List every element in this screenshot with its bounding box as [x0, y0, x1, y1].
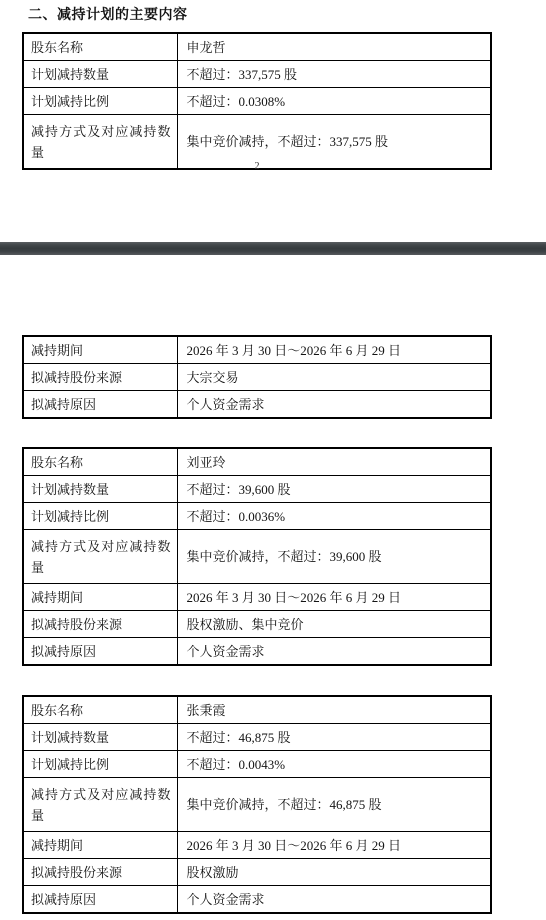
row-label: 拟减持股份来源: [23, 364, 177, 391]
row-label: 股东名称: [23, 448, 177, 476]
row-label: 股东名称: [23, 33, 177, 61]
reduction-plan-table-shen-continued: 减持期间2026 年 3 月 30 日～2026 年 6 月 29 日拟减持股份…: [22, 335, 492, 419]
row-label: 减持期间: [23, 584, 177, 611]
row-label: 拟减持股份来源: [23, 611, 177, 638]
row-label: 拟减持原因: [23, 886, 177, 914]
row-value: 股权激励: [177, 859, 491, 886]
section-heading: 二、减持计划的主要内容: [28, 4, 188, 24]
table-row: 股东名称申龙哲: [23, 33, 491, 61]
row-value: 刘亚玲: [177, 448, 491, 476]
row-value: 不超过：39,600 股: [177, 476, 491, 503]
row-value: 不超过：46,875 股: [177, 724, 491, 751]
table-row: 计划减持数量不超过：337,575 股: [23, 61, 491, 88]
table-row: 拟减持原因个人资金需求: [23, 638, 491, 666]
table-row: 拟减持股份来源股权激励、集中竞价: [23, 611, 491, 638]
row-label: 股东名称: [23, 696, 177, 724]
row-value: 个人资金需求: [177, 391, 491, 419]
table-row: 股东名称刘亚玲: [23, 448, 491, 476]
page-separator-bar: [0, 242, 546, 255]
pdf-document-view: 二、减持计划的主要内容 股东名称申龙哲计划减持数量不超过：337,575 股计划…: [0, 0, 546, 920]
row-label: 减持期间: [23, 832, 177, 859]
row-label: 拟减持原因: [23, 638, 177, 666]
row-label: 计划减持比例: [23, 88, 177, 115]
row-value: 2026 年 3 月 30 日～2026 年 6 月 29 日: [177, 584, 491, 611]
table-row: 减持方式及对应减持数量集中竞价减持，不超过：39,600 股: [23, 530, 491, 584]
table-row: 拟减持原因个人资金需求: [23, 886, 491, 914]
row-label: 计划减持数量: [23, 61, 177, 88]
row-value: 申龙哲: [177, 33, 491, 61]
row-label: 拟减持股份来源: [23, 859, 177, 886]
row-value: 不超过：337,575 股: [177, 61, 491, 88]
table-row: 计划减持比例不超过：0.0036%: [23, 503, 491, 530]
row-value: 2026 年 3 月 30 日～2026 年 6 月 29 日: [177, 832, 491, 859]
row-value: 大宗交易: [177, 364, 491, 391]
reduction-plan-table-zhang: 股东名称张秉霞计划减持数量不超过：46,875 股计划减持比例不超过：0.004…: [22, 695, 492, 914]
row-value: 不超过：0.0308%: [177, 88, 491, 115]
table-row: 拟减持原因个人资金需求: [23, 391, 491, 419]
table-row: 股东名称张秉霞: [23, 696, 491, 724]
table-row: 计划减持比例不超过：0.0308%: [23, 88, 491, 115]
table-row: 减持期间2026 年 3 月 30 日～2026 年 6 月 29 日: [23, 832, 491, 859]
row-value: 不超过：0.0043%: [177, 751, 491, 778]
row-value: 个人资金需求: [177, 638, 491, 666]
row-value: 股权激励、集中竞价: [177, 611, 491, 638]
row-label: 减持方式及对应减持数量: [23, 530, 177, 584]
row-value: 个人资金需求: [177, 886, 491, 914]
reduction-plan-table-liu: 股东名称刘亚玲计划减持数量不超过：39,600 股计划减持比例不超过：0.003…: [22, 447, 492, 666]
page-number: 2: [22, 161, 492, 172]
table-row: 计划减持数量不超过：39,600 股: [23, 476, 491, 503]
table-row: 减持期间2026 年 3 月 30 日～2026 年 6 月 29 日: [23, 584, 491, 611]
row-label: 计划减持数量: [23, 476, 177, 503]
table-row: 计划减持数量不超过：46,875 股: [23, 724, 491, 751]
table-row: 拟减持股份来源股权激励: [23, 859, 491, 886]
row-value: 张秉霞: [177, 696, 491, 724]
reduction-plan-table-shen: 股东名称申龙哲计划减持数量不超过：337,575 股计划减持比例不超过：0.03…: [22, 32, 492, 170]
row-value: 集中竞价减持，不超过：39,600 股: [177, 530, 491, 584]
row-value: 不超过：0.0036%: [177, 503, 491, 530]
row-label: 减持方式及对应减持数量: [23, 778, 177, 832]
row-label: 计划减持比例: [23, 503, 177, 530]
row-label: 拟减持原因: [23, 391, 177, 419]
table-row: 减持期间2026 年 3 月 30 日～2026 年 6 月 29 日: [23, 336, 491, 364]
row-value: 集中竞价减持，不超过：46,875 股: [177, 778, 491, 832]
table-row: 减持方式及对应减持数量集中竞价减持，不超过：46,875 股: [23, 778, 491, 832]
row-label: 减持期间: [23, 336, 177, 364]
row-value: 2026 年 3 月 30 日～2026 年 6 月 29 日: [177, 336, 491, 364]
table-row: 计划减持比例不超过：0.0043%: [23, 751, 491, 778]
table-row: 拟减持股份来源大宗交易: [23, 364, 491, 391]
row-label: 计划减持比例: [23, 751, 177, 778]
row-label: 计划减持数量: [23, 724, 177, 751]
